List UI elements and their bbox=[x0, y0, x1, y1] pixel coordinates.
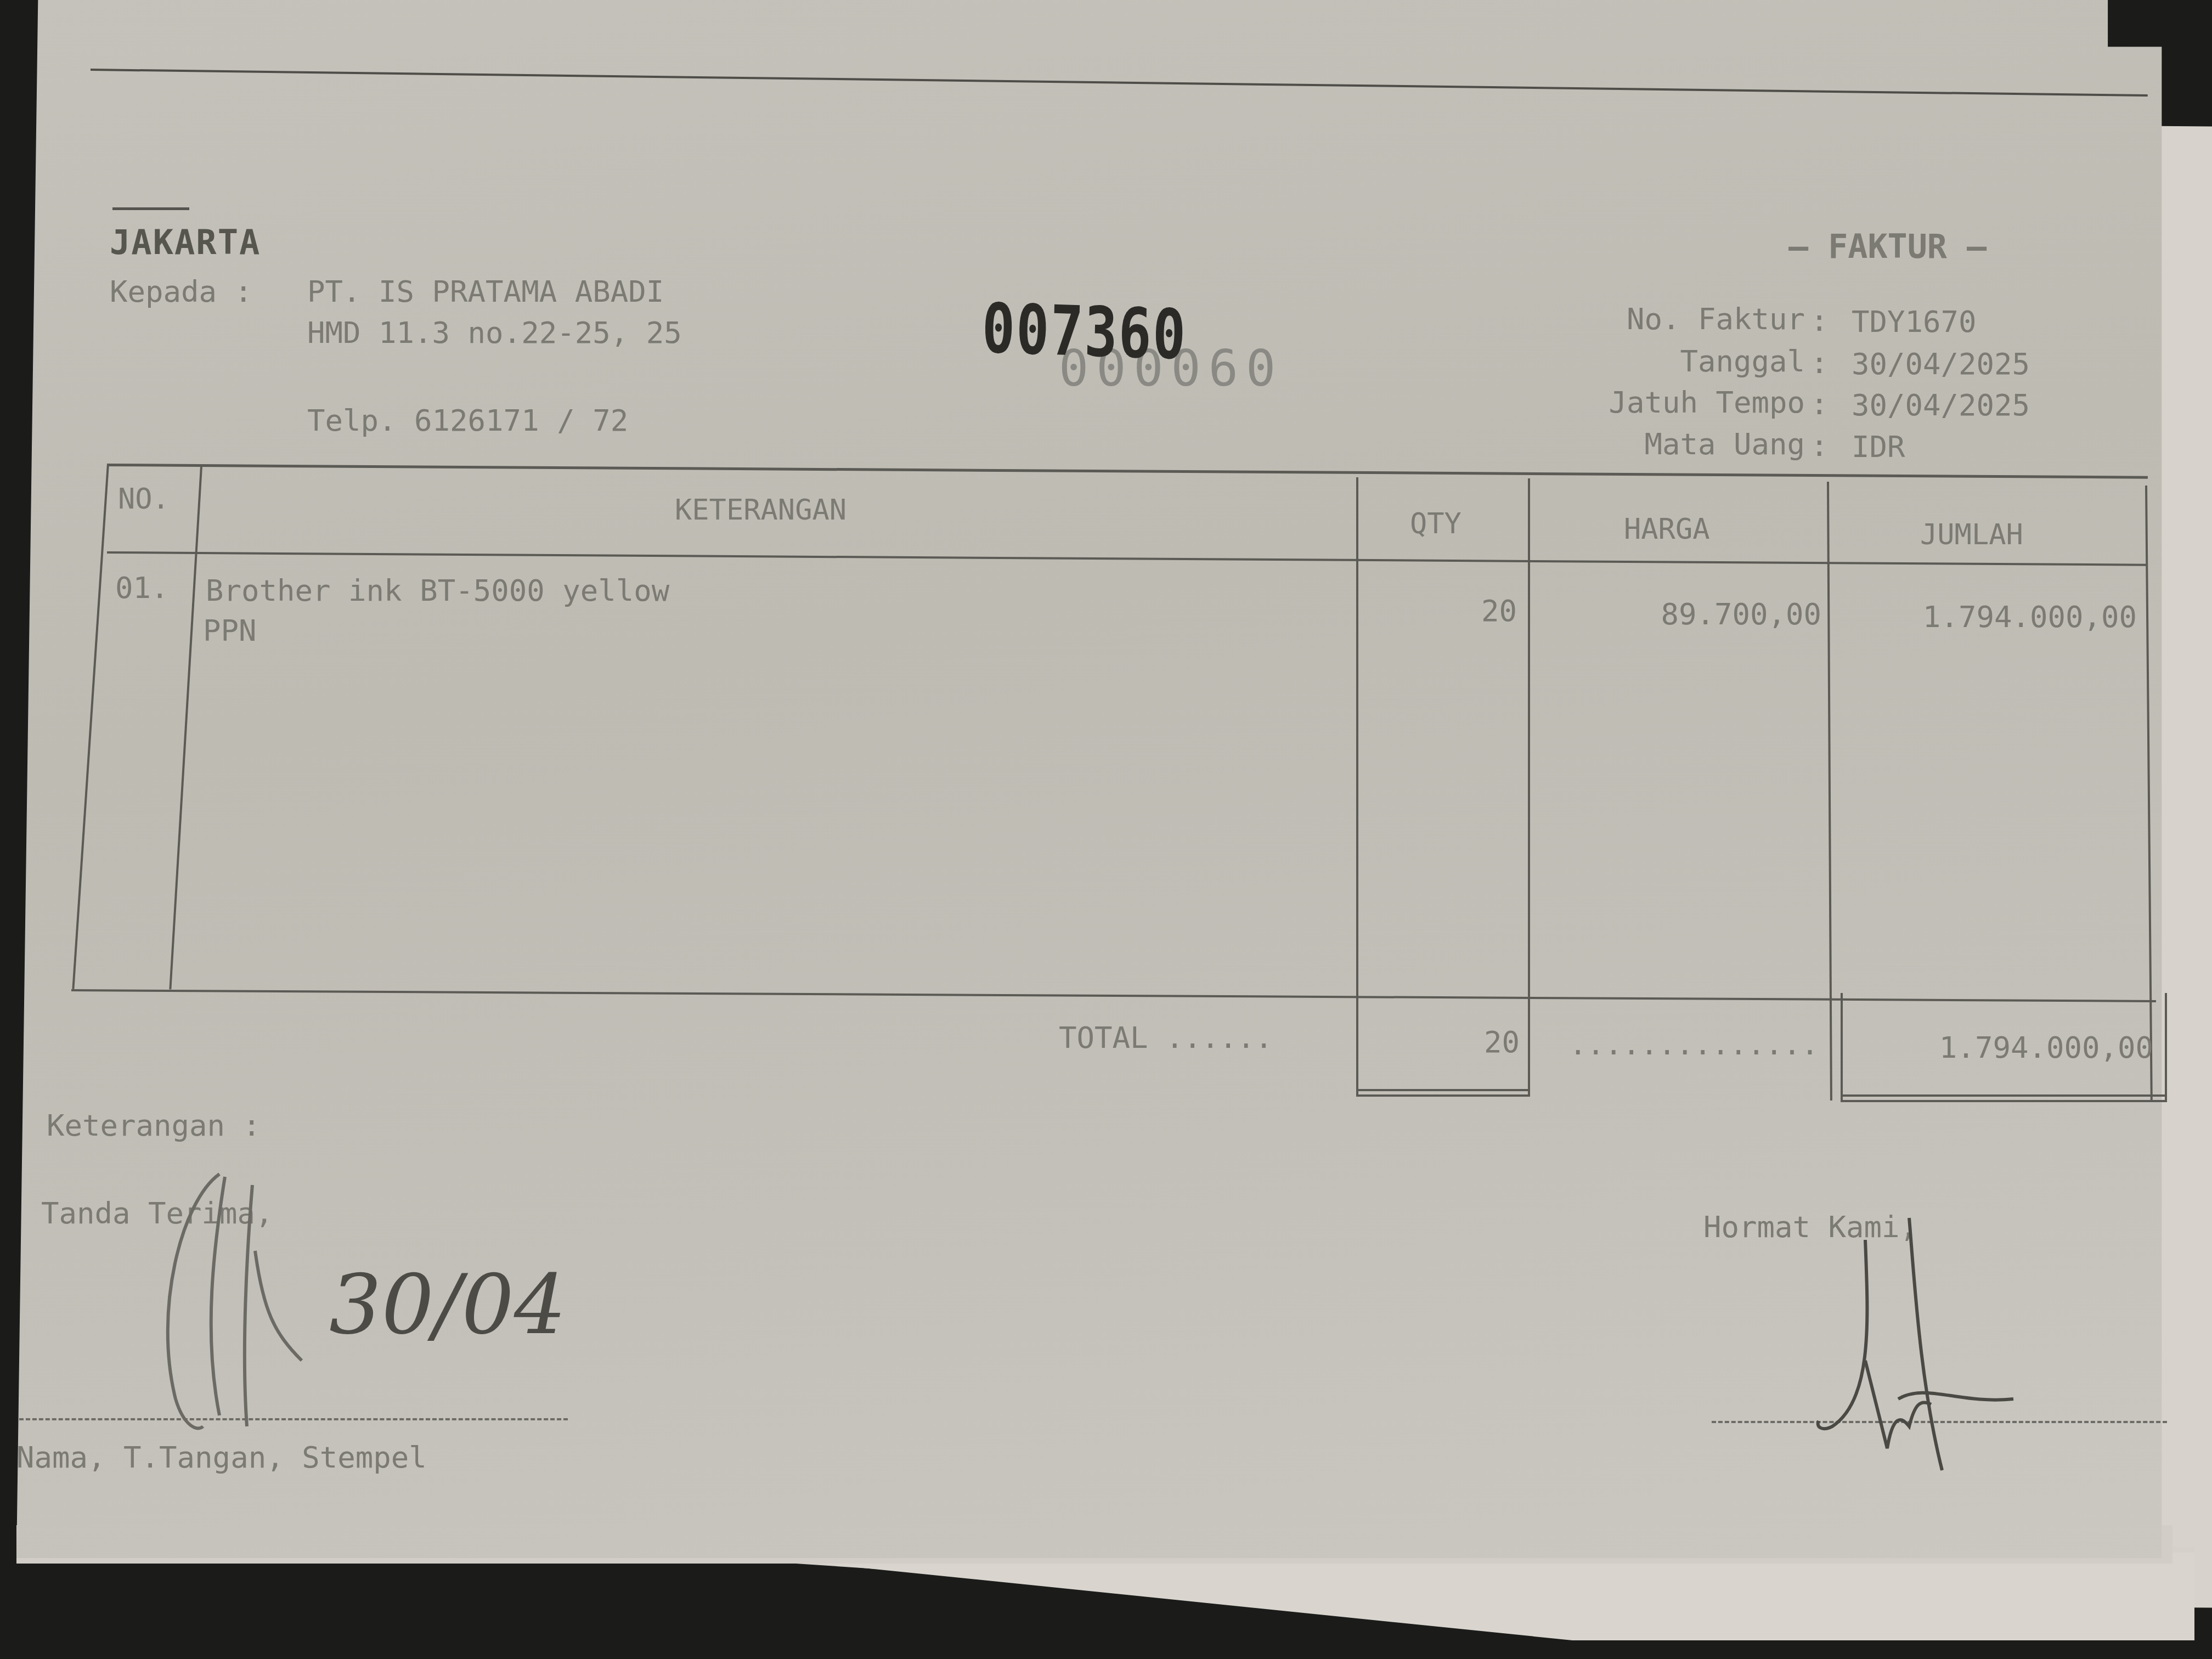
invoice-date-value: 30/04/2025 bbox=[1852, 347, 2030, 381]
col-divider-desc bbox=[1356, 477, 1358, 1094]
total-qty: 20 bbox=[1361, 1025, 1520, 1059]
company-city: JAKARTA bbox=[110, 222, 261, 262]
recipient-address: HMD 11.3 no.22-25, 25 bbox=[307, 315, 682, 350]
total-amount-underline bbox=[1841, 1094, 2167, 1097]
invoice-title: — FAKTUR — bbox=[1788, 228, 1987, 266]
invoice-date-label: Tanggal bbox=[1575, 344, 1805, 379]
invoice-number-colon: : bbox=[1810, 303, 1829, 338]
total-dots: .............. bbox=[1569, 1027, 1819, 1062]
recipient-phone: Telp. 6126171 / 72 bbox=[307, 403, 628, 438]
total-amount-underline-2 bbox=[1841, 1100, 2167, 1102]
col-divider-qty bbox=[1528, 478, 1530, 1094]
column-header-price: HARGA bbox=[1624, 513, 1710, 546]
invoice-date-colon: : bbox=[1810, 346, 1829, 380]
notes-label: Keterangan : bbox=[47, 1108, 261, 1143]
total-amount: 1.794.000,00 bbox=[1846, 1030, 2153, 1065]
recipient-name: PT. IS PRATAMA ABADI bbox=[307, 274, 664, 309]
row-no: 01. bbox=[115, 571, 169, 605]
row-price: 89.700,00 bbox=[1536, 597, 1821, 631]
due-date-label: Jatuh Tempo bbox=[1553, 385, 1805, 420]
due-date-value: 30/04/2025 bbox=[1852, 388, 2030, 422]
invoice-number-value: TDY1670 bbox=[1852, 304, 1977, 339]
row-description: Brother ink BT-5000 yellow bbox=[206, 573, 669, 608]
column-header-no: NO. bbox=[118, 483, 170, 516]
column-header-description: KETERANGAN bbox=[675, 494, 847, 527]
currency-label: Mata Uang bbox=[1575, 427, 1805, 461]
total-amount-right-border bbox=[2165, 993, 2167, 1100]
currency-value: IDR bbox=[1852, 430, 1905, 464]
receiver-caption: Nama, T.Tangan, Stempel bbox=[16, 1440, 427, 1475]
sender-signature bbox=[1805, 1218, 2079, 1465]
recipient-label: Kepada : bbox=[110, 274, 252, 309]
receiver-handwritten-date: 30/04 bbox=[324, 1240, 505, 1383]
serial-number-stamp: 007360 bbox=[981, 288, 1187, 375]
total-qty-underline-2 bbox=[1356, 1094, 1530, 1097]
invoice-number-label: No. Faktur bbox=[1575, 302, 1805, 336]
total-amount-left-border bbox=[1841, 993, 1843, 1100]
column-header-amount: JUMLAH bbox=[1920, 518, 2023, 551]
underlying-sheet-bottom-2 bbox=[713, 1553, 2194, 1640]
row-sub-description: PPN bbox=[203, 613, 257, 648]
row-amount: 1.794.000,00 bbox=[1832, 600, 2137, 634]
due-date-colon: : bbox=[1810, 387, 1829, 421]
svg-text:30/04: 30/04 bbox=[329, 1257, 566, 1353]
column-header-qty: QTY bbox=[1410, 507, 1462, 540]
currency-colon: : bbox=[1810, 428, 1829, 463]
total-label: TOTAL ...... bbox=[1059, 1020, 1273, 1055]
row-qty: 20 bbox=[1361, 594, 1517, 628]
logo-rule bbox=[112, 207, 189, 210]
total-qty-underline bbox=[1356, 1089, 1530, 1091]
